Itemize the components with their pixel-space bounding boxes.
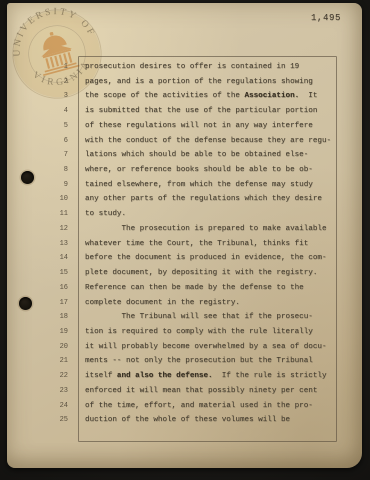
document-line: 4is submitted that the use of the partic… xyxy=(48,104,340,119)
line-number: 7 xyxy=(48,148,68,163)
document-line: 10any other parts of the regulations whi… xyxy=(48,192,340,207)
line-number: 11 xyxy=(48,207,68,222)
line-text: complete document in the registry. xyxy=(85,296,240,311)
line-number: 21 xyxy=(48,354,68,369)
document-line: 11to study. xyxy=(48,207,340,222)
document-line: 16Reference can then be made by the defe… xyxy=(48,281,340,296)
line-text: of the time, effort, and material used i… xyxy=(85,399,313,414)
line-number: 20 xyxy=(48,340,68,355)
line-text: Reference can then be made by the defens… xyxy=(85,281,304,296)
line-number: 9 xyxy=(48,178,68,193)
document-line: 15plete document, by depositing it with … xyxy=(48,266,340,281)
line-number: 10 xyxy=(48,192,68,207)
line-number: 22 xyxy=(48,369,68,384)
line-text: to study. xyxy=(85,207,126,222)
line-number: 12 xyxy=(48,222,68,237)
line-text: lations which should be able to be obtai… xyxy=(85,148,308,163)
line-text: where, or reference books should be able… xyxy=(85,163,313,178)
document-line: 19tion is required to comply with the ru… xyxy=(48,325,340,340)
line-text: whatever time the Court, the Tribunal, t… xyxy=(85,237,308,252)
document-line: 7lations which should be able to be obta… xyxy=(48,148,340,163)
document-line: 1prosecution desires to offer is contain… xyxy=(48,60,340,75)
line-number: 14 xyxy=(48,251,68,266)
document-line: 6with the conduct of the defense because… xyxy=(48,134,340,149)
line-number: 19 xyxy=(48,325,68,340)
line-text: itself and also the defense. If the rule… xyxy=(85,369,327,384)
line-number: 17 xyxy=(48,296,68,311)
line-text: with the conduct of the defense because … xyxy=(85,134,331,149)
line-text: the scope of the activities of the Assoc… xyxy=(85,89,317,104)
line-number: 16 xyxy=(48,281,68,296)
line-text: prosecution desires to offer is containe… xyxy=(85,60,299,75)
line-number: 5 xyxy=(48,119,68,134)
punch-hole-bottom xyxy=(19,297,32,310)
line-text: is submitted that the use of the particu… xyxy=(85,104,317,119)
transcript-lines: 1prosecution desires to offer is contain… xyxy=(48,60,340,428)
document-line: 25duction of the whole of these volumes … xyxy=(48,413,340,428)
document-line: 23enforced it will mean that possibly ni… xyxy=(48,384,340,399)
line-text: any other parts of the regulations which… xyxy=(85,192,322,207)
line-number: 24 xyxy=(48,399,68,414)
line-text: duction of the whole of these volumes wi… xyxy=(85,413,290,428)
document-line: 2pages, and is a portion of the regulati… xyxy=(48,75,340,90)
line-number: 3 xyxy=(48,89,68,104)
document-line: 14before the document is produced in evi… xyxy=(48,251,340,266)
line-text: enforced it will mean that possibly nine… xyxy=(85,384,317,399)
line-text: ments -- not only the prosecution but th… xyxy=(85,354,313,369)
line-text: it will probably become overwhelmed by a… xyxy=(85,340,327,355)
page-number: 1,495 xyxy=(311,13,341,23)
line-number: 15 xyxy=(48,266,68,281)
document-line: 8where, or reference books should be abl… xyxy=(48,163,340,178)
line-number: 13 xyxy=(48,237,68,252)
document-line: 21ments -- not only the prosecution but … xyxy=(48,354,340,369)
document-line: 18 The Tribunal will see that if the pro… xyxy=(48,310,340,325)
document-line: 17complete document in the registry. xyxy=(48,296,340,311)
line-text: The Tribunal will see that if the prosec… xyxy=(85,310,313,325)
document-line: 22itself and also the defense. If the ru… xyxy=(48,369,340,384)
line-number: 25 xyxy=(48,413,68,428)
document-line: 9tained elsewhere, from which the defens… xyxy=(48,178,340,193)
line-number: 2 xyxy=(48,75,68,90)
line-text: pages, and is a portion of the regulatio… xyxy=(85,75,313,90)
line-number: 6 xyxy=(48,134,68,149)
line-number: 23 xyxy=(48,384,68,399)
line-number: 4 xyxy=(48,104,68,119)
document-line: 5of these regulations will not in any wa… xyxy=(48,119,340,134)
line-number: 18 xyxy=(48,310,68,325)
document-page: UNIVERSITY OF VIRGINIA xyxy=(7,3,362,468)
photo-backdrop: UNIVERSITY OF VIRGINIA xyxy=(0,0,370,480)
line-text: tained elsewhere, from which the defense… xyxy=(85,178,313,193)
line-text: tion is required to comply with the rule… xyxy=(85,325,313,340)
line-text: plete document, by depositing it with th… xyxy=(85,266,317,281)
document-line: 24of the time, effort, and material used… xyxy=(48,399,340,414)
document-line: 3the scope of the activities of the Asso… xyxy=(48,89,340,104)
line-text: before the document is produced in evide… xyxy=(85,251,327,266)
document-line: 13whatever time the Court, the Tribunal,… xyxy=(48,237,340,252)
document-line: 20it will probably become overwhelmed by… xyxy=(48,340,340,355)
line-number: 1 xyxy=(48,60,68,75)
line-text: of these regulations will not in any way… xyxy=(85,119,313,134)
document-line: 12 The prosecution is prepared to make a… xyxy=(48,222,340,237)
punch-hole-top xyxy=(21,171,34,184)
line-text: The prosecution is prepared to make avai… xyxy=(85,222,327,237)
line-number: 8 xyxy=(48,163,68,178)
